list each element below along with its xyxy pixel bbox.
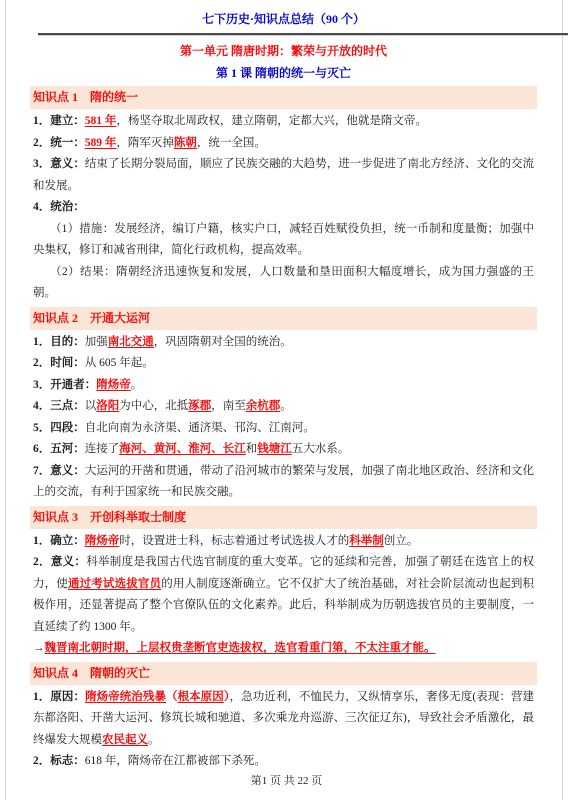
text-segment: 涿郡 (188, 400, 211, 412)
text-segment: 钱塘江 (257, 443, 292, 455)
text-segment: 和 (246, 443, 258, 455)
item-purpose: 1．目的：加强南北交通，巩固隋朝对全国的统治。 (33, 332, 534, 354)
text-segment: 隋炀帝 (85, 535, 120, 547)
text-segment: 创立。 (384, 535, 419, 547)
text-segment: 从 605 年起。 (85, 357, 154, 369)
item-significance: 2．意义：科举制度是我国古代选官制度的重大变革。它的延续和完善，加强了朝廷在选官… (33, 552, 534, 638)
text-segment: 618 年，隋炀帝在江都被部下杀死。 (85, 755, 266, 767)
text-segment: 自北向南为永济渠、通济渠、邗沟、江南河。 (85, 422, 315, 434)
page-footer: 第1 页 共 22 页 (0, 774, 573, 788)
text-segment: 时，设置进士科，标志着通过考试选拔人才的 (119, 535, 349, 547)
text-segment: 2．统一： (33, 137, 85, 149)
text-segment: 陈朝 (174, 137, 197, 149)
text-segment: 魏晋南北朝时期，上层权贵垄断官吏选拔权，选官看重门第，不太注重才能。 (45, 642, 436, 654)
text-segment: 结束了长期分裂局面，顺应了民族交融的大趋势，进一步促进了南北方经济、文化的交流和… (33, 158, 534, 192)
item-unify: 2．统一：589 年，隋军灭掉陈朝，统一全国。 (33, 133, 534, 155)
text-segment: 加强 (85, 336, 108, 348)
text-segment: 1．目的： (33, 336, 85, 348)
item-five-rivers: 6．五河：连接了海河、黄河、淮河、长江和钱塘江五大水系。 (33, 439, 534, 461)
text-segment: 根本原因 (178, 691, 224, 703)
text-segment: 2．时间： (33, 357, 85, 369)
text-segment: ，隋军灭掉 (116, 137, 174, 149)
text-segment: 3．开通者： (33, 379, 96, 391)
text-segment: → (33, 642, 45, 654)
text-segment: 1．确立： (33, 535, 85, 547)
text-segment: 4．统治： (33, 201, 85, 213)
knowledge-point-header: 知识点 3 开创科举取士制度 (30, 506, 537, 529)
lesson-heading: 第 1 课 隋朝的统一与灭亡 (33, 62, 534, 84)
text-segment: （2）结果：隋朝经济迅速恢复和发展，人口数量和垦田面积大幅度增长，成为国力强盛的… (33, 266, 534, 300)
text-segment: 3．意义： (33, 158, 85, 170)
item-significance: 7．意义：大运河的开凿和贯通，带动了沿河城市的繁荣与发展，加强了南北地区政治、经… (33, 461, 534, 504)
knowledge-point-header: 知识点 4 隋朝的灭亡 (30, 662, 537, 685)
text-segment: ，巩固隋朝对全国的统治。 (154, 336, 292, 348)
text-segment: 为中心，北抵 (119, 400, 188, 412)
text-segment: 1．建立： (33, 115, 85, 127)
text-segment: （1）措施：发展经济，编订户籍，核实户口，减轻百姓赋役负担，统一币制和度量衡；加… (33, 223, 534, 257)
text-segment: （ (166, 691, 178, 703)
item-mark: 2．标志：618 年，隋炀帝在江都被部下杀死。 (33, 751, 534, 773)
text-segment: 。 (280, 400, 292, 412)
header-rule (38, 33, 568, 35)
item-three-points: 4．三点：以洛阳为中心，北抵涿郡，南至余杭郡。 (33, 396, 534, 418)
item-four-segments: 5．四段：自北向南为永济渠、通济渠、邗沟、江南河。 (33, 418, 534, 440)
text-segment: 2．标志： (33, 755, 85, 767)
text-segment: 7．意义： (33, 465, 85, 477)
text-segment: 589 年 (85, 137, 117, 149)
text-segment: 隋炀帝统治残暴 (85, 691, 166, 703)
text-segment: 以 (85, 400, 97, 412)
text-segment: 6．五河： (33, 443, 85, 455)
item-establish: 1．建立：581 年，杨坚夺取北周政权，建立隋朝，定都大兴，他就是隋文帝。 (33, 111, 534, 133)
text-segment: 2．意义： (33, 556, 86, 568)
text-segment: 隋炀帝 (96, 379, 131, 391)
text-segment: 洛阳 (96, 400, 119, 412)
text-segment: 五大水系。 (292, 443, 350, 455)
item-establish: 1．确立：隋炀帝时，设置进士科，标志着通过考试选拔人才的科举制创立。 (33, 531, 534, 553)
knowledge-point-header: 知识点 2 开通大运河 (30, 307, 537, 330)
text-segment: ，统一全国。 (197, 137, 266, 149)
text-segment: ，南至 (211, 400, 246, 412)
doc-title: 七下历史·知识点总结（90 个） (33, 10, 534, 29)
text-segment: 通过考试选拔官员 (68, 578, 161, 590)
page-right-edge (562, 0, 563, 800)
text-segment: 1．原因： (33, 691, 85, 703)
item-significance: 3．意义：结束了长期分裂局面，顺应了民族交融的大趋势，进一步促进了南北方经济、文… (33, 154, 534, 197)
text-segment: 南北交通 (108, 336, 154, 348)
text-segment: 海河、黄河、淮河、长江 (119, 443, 246, 455)
text-segment: 科举制 (349, 535, 384, 547)
page-left-edge (5, 0, 6, 800)
document-body: 知识点 1 隋的统一1．建立：581 年，杨坚夺取北周政权，建立隋朝，定都大兴，… (33, 86, 534, 773)
document-page: 七下历史·知识点总结（90 个） 第一单元 隋唐时期：繁荣与开放的时代 第 1 … (33, 10, 534, 773)
text-segment: 4．三点： (33, 400, 85, 412)
text-segment: 农民起义 (102, 734, 148, 746)
text-segment: 。 (148, 734, 160, 746)
item-rule: 4．统治： (33, 197, 534, 219)
item-note: →魏晋南北朝时期，上层权贵垄断官吏选拔权，选官看重门第，不太注重才能。 (33, 638, 534, 660)
text-segment: 。 (131, 379, 143, 391)
text-segment: 余杭郡 (246, 400, 281, 412)
item-cause: 1．原因：隋炀帝统治残暴（根本原因），急功近利，不恤民力，又纵情享乐，奢侈无度(… (33, 687, 534, 752)
text-segment: 连接了 (85, 443, 120, 455)
sub-item-measures: （1）措施：发展经济，编订户籍，核实户口，减轻百姓赋役负担，统一币制和度量衡；加… (33, 219, 534, 262)
unit-heading: 第一单元 隋唐时期：繁荣与开放的时代 (33, 40, 534, 62)
text-segment: ，杨坚夺取北周政权，建立隋朝，定都大兴，他就是隋文帝。 (116, 115, 427, 127)
text-segment: 5．四段： (33, 422, 85, 434)
text-segment: 581 年 (85, 115, 117, 127)
text-segment: 大运河的开凿和贯通，带动了沿河城市的繁荣与发展，加强了南北地区政治、经济和文化上… (33, 465, 534, 499)
item-opener: 3．开通者：隋炀帝。 (33, 375, 534, 397)
knowledge-point-header: 知识点 1 隋的统一 (30, 86, 537, 109)
item-time: 2．时间：从 605 年起。 (33, 353, 534, 375)
sub-item-result: （2）结果：隋朝经济迅速恢复和发展，人口数量和垦田面积大幅度增长，成为国力强盛的… (33, 262, 534, 305)
